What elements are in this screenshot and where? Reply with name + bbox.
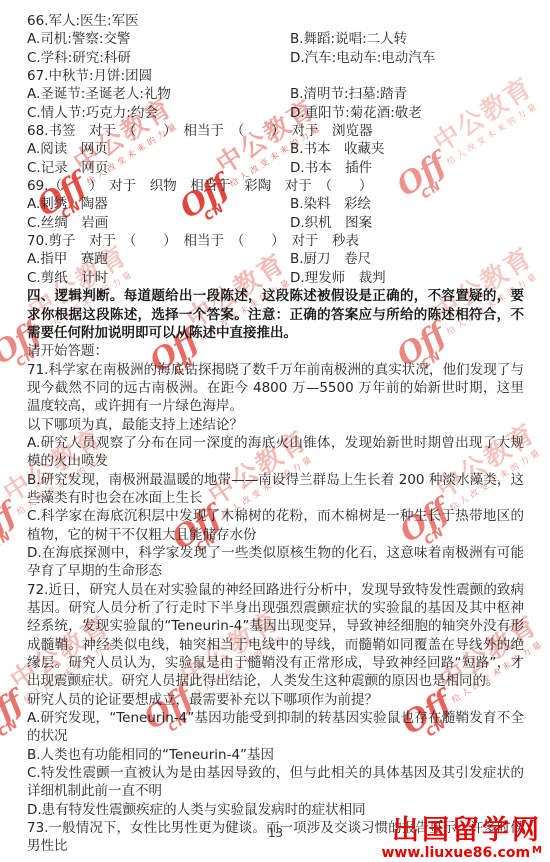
option-c: C.剪纸 计时 (27, 269, 290, 287)
question-prompt: 以下哪项为真，最能支持上述结论？ (27, 416, 524, 434)
option-c: C.丝绸 岩画 (27, 214, 290, 232)
question-66: 66.军人:医生:军医 A.司机:警察:交警 B.舞蹈:说唱:二人转 C.学科:… (27, 12, 524, 67)
question-prompt: 研究人员的论证要想成立，最需要补充以下哪项作为前提？ (27, 691, 524, 709)
option-row: C.丝绸 岩画 D.织机 图案 (27, 214, 524, 232)
question-69: 69.（ ） 对于 织物 相当于 彩陶 对于 （ ） A.刺绣 陶器 B.染料 … (27, 177, 524, 232)
option-row: A.阅读 网页 B.书本 收藏夹 (27, 140, 524, 158)
option-c: C.特发性震颤一直被认为是由基因导致的，但与此相关的具体基因及其引发症状的详细机… (27, 764, 524, 801)
option-b: B.染料 彩绘 (290, 195, 524, 213)
option-d: D.在海底探测中，科学家发现了一些类似原核生物的化石，这意味着南极洲有可能孕育了… (27, 544, 524, 581)
question-stem: 70.剪子 对于 （ ） 相当于 （ ） 对于 秒表 (27, 232, 524, 250)
question-stem: 68.书签 对于 （ ） 相当于 （ ） 对于 浏览器 (27, 122, 524, 140)
exam-page: OffCN中公教育给人改变未来的力量OffCN中公教育给人改变未来的力量OffC… (0, 0, 550, 862)
option-b: B.清明节:扫墓:踏青 (290, 85, 524, 103)
exam-content: 66.军人:医生:军医 A.司机:警察:交警 B.舞蹈:说唱:二人转 C.学科:… (27, 12, 524, 856)
option-a: A.指甲 赛跑 (27, 250, 290, 268)
option-a: A.研究发现，“Teneurin-4”基因功能受到抑制的转基因实验鼠也存在髓鞘发… (27, 709, 524, 746)
question-stem: 71.科学家在南极洲的海底钻探揭晓了数千万年前南极洲的真实状况，他们发现了与现今… (27, 361, 524, 416)
site-m-badge-icon: M (532, 846, 542, 856)
option-row: A.司机:警察:交警 B.舞蹈:说唱:二人转 (27, 30, 524, 48)
start-prompt: 请开始答题： (27, 342, 524, 360)
question-stem: 69.（ ） 对于 织物 相当于 彩陶 对于 （ ） (27, 177, 524, 195)
site-logo: 出国留学网 www.liuxue86.comM (381, 817, 542, 860)
option-row: A.指甲 赛跑 B.厨刀 卷尺 (27, 250, 524, 268)
site-name: 出国留学网 (381, 817, 542, 844)
question-70: 70.剪子 对于 （ ） 相当于 （ ） 对于 秒表 A.指甲 赛跑 B.厨刀 … (27, 232, 524, 287)
question-stem: 67.中秋节:月饼:团圆 (27, 67, 524, 85)
site-url-text: www.liuxue86.com (381, 845, 530, 861)
option-row: C.学科:研究:科研 D.汽车:电动车:电动汽车 (27, 49, 524, 67)
option-a: A.刺绣 陶器 (27, 195, 290, 213)
question-stem: 72.近日，研究人员在对实验鼠的神经回路进行分析中，发现导致特发性震颤的致病基因… (27, 581, 524, 691)
option-row: A.圣诞节:圣诞老人:礼物 B.清明节:扫墓:踏青 (27, 85, 524, 103)
option-row: C.记录 网页 D.书本 插件 (27, 159, 524, 177)
question-71: 71.科学家在南极洲的海底钻探揭晓了数千万年前南极洲的真实状况，他们发现了与现今… (27, 361, 524, 581)
question-68: 68.书签 对于 （ ） 相当于 （ ） 对于 浏览器 A.阅读 网页 B.书本… (27, 122, 524, 177)
offcn-flame-logo-icon: OffCN (0, 503, 26, 559)
option-d: D.织机 图案 (290, 214, 524, 232)
option-row: C.情人节:巧克力:约会 D.重阳节:菊花酒:敬老 (27, 104, 524, 122)
site-url: www.liuxue86.comM (381, 846, 542, 860)
option-row: A.刺绣 陶器 B.染料 彩绘 (27, 195, 524, 213)
question-stem: 66.军人:医生:军医 (27, 12, 524, 30)
option-d: D.重阳节:菊花酒:敬老 (290, 104, 524, 122)
option-c: C.科学家在海底沉积层中发现了木棉树的花粉，而木棉树是一种生长于热带地区的植物，… (27, 507, 524, 544)
option-c: C.记录 网页 (27, 159, 290, 177)
option-a: A.圣诞节:圣诞老人:礼物 (27, 85, 290, 103)
section-header: 四、逻辑判断。每道题给出一段陈述，这段陈述被假设是正确的，不容置疑的，要求你根据… (27, 287, 524, 342)
question-72: 72.近日，研究人员在对实验鼠的神经回路进行分析中，发现导致特发性震颤的致病基因… (27, 581, 524, 819)
option-d: D.汽车:电动车:电动汽车 (290, 49, 524, 67)
option-a: A.阅读 网页 (27, 140, 290, 158)
option-d: D.书本 插件 (290, 159, 524, 177)
option-b: B.人类也有功能相同的“Teneurin-4”基因 (27, 746, 524, 764)
option-b: B.厨刀 卷尺 (290, 250, 524, 268)
option-c: C.情人节:巧克力:约会 (27, 104, 290, 122)
option-a: A.司机:警察:交警 (27, 30, 290, 48)
option-c: C.学科:研究:科研 (27, 49, 290, 67)
option-a: A.研究人员观察了分布在同一深度的海底火山锥体，发现始新世时期曾出现了大规模的火… (27, 434, 524, 471)
option-d: D.理发师 裁判 (290, 269, 524, 287)
option-b: B.舞蹈:说唱:二人转 (290, 30, 524, 48)
option-b: B.研究发现，南极洲最温暖的地带——南设得兰群岛上生长着 200 种淡水藻类，这… (27, 471, 524, 508)
option-b: B.书本 收藏夹 (290, 140, 524, 158)
question-67: 67.中秋节:月饼:团圆 A.圣诞节:圣诞老人:礼物 B.清明节:扫墓:踏青 C… (27, 67, 524, 122)
option-row: C.剪纸 计时 D.理发师 裁判 (27, 269, 524, 287)
